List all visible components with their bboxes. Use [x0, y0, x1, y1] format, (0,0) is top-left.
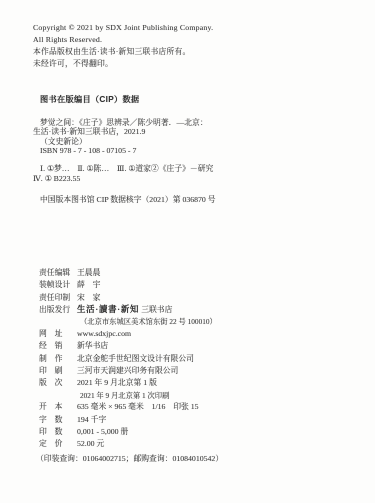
colophon-row-printer: 印 刷 三河市天润建兴印务有限公司	[39, 365, 375, 377]
cip-data-block: 图书在版编目（CIP）数据 梦觉之间：《庄子》思辨录／陈少明著．—北京： 生活·…	[33, 95, 375, 205]
colophon-row-format: 开 本 635 毫米 × 965 毫米 1/16 印张 15	[39, 401, 375, 413]
row-label: 装帧设计	[39, 279, 77, 291]
row-label: 责任编辑	[39, 267, 77, 279]
cip-series-line: （文史新论）	[40, 137, 375, 147]
no-reprint-line: 未经许可，不得翻印。	[33, 58, 375, 70]
row-value: 194 千字	[77, 414, 375, 426]
cip-publisher-line: 生活·读书·新知三联书店，2021.9	[33, 127, 375, 137]
colophon-row-distributor: 经 销 新华书店	[39, 340, 375, 352]
colophon-block: 责任编辑 王晨晨 装帧设计 薛 宇 责任印制 宋 家 出版发行 生活·讀書·新知…	[36, 267, 375, 466]
row-value: 三河市天润建兴印务有限公司	[77, 365, 375, 377]
row-value: 北京金舵手世纪图文设计有限公司	[77, 353, 375, 365]
colophon-row-word-count: 字 数 194 千字	[39, 414, 375, 426]
copyright-notice: Copyright © 2021 by SDX Joint Publishing…	[33, 0, 375, 70]
cip-record-number-line: 中国版本图书馆 CIP 数据核字（2021）第 036870 号	[40, 195, 375, 205]
inquiry-phone-line: （印装查询：01064002715；邮购查询：01084010542）	[36, 453, 375, 465]
copyright-line-chinese: 本作品版权由生活·读书·新知三联书店所有。	[33, 46, 375, 58]
row-label: 定 价	[39, 438, 77, 450]
cip-isbn-line: ISBN 978 - 7 - 108 - 07105 - 7	[40, 146, 375, 156]
row-value: 宋 家	[77, 292, 375, 304]
edition-line-2: 2021 年 9 月北京第 1 次印刷	[80, 390, 375, 401]
colophon-row-production: 制 作 北京金舵手世纪图文设计有限公司	[39, 353, 375, 365]
row-value: 0,001 - 5,000 册	[77, 426, 375, 438]
row-label: 印 数	[39, 426, 77, 438]
colophon-row-design: 装帧设计 薛 宇	[39, 279, 375, 291]
row-label: 制 作	[39, 353, 77, 365]
colophon-row-print-supervisor: 责任印制 宋 家	[39, 292, 375, 304]
colophon-row-price: 定 价 52.00 元	[39, 438, 375, 450]
colophon-row-editor: 责任编辑 王晨晨	[39, 267, 375, 279]
row-value: 薛 宇	[77, 279, 375, 291]
cip-header: 图书在版编目（CIP）数据	[40, 95, 375, 105]
sdx-brand-logotype: 生活·讀書·新知	[77, 305, 139, 314]
row-label: 网 址	[39, 328, 77, 340]
rights-reserved-line: All Rights Reserved.	[33, 34, 375, 46]
copyright-line-english: Copyright © 2021 by SDX Joint Publishing…	[33, 22, 375, 34]
colophon-row-print-run: 印 数 0,001 - 5,000 册	[39, 426, 375, 438]
row-label: 责任印制	[39, 292, 77, 304]
colophon-row-publisher: 出版发行 生活·讀書·新知 三联书店	[39, 304, 375, 316]
publisher-address: （北京市东城区美术馆东街 22 号 100010）	[80, 316, 375, 327]
website-url: www.sdxjpc.com	[77, 328, 375, 340]
cip-classification-line-1: Ⅰ. ①梦… Ⅱ. ①陈… Ⅲ. ①道家②《庄子》－研究	[40, 164, 375, 174]
publisher-name: 三联书店	[141, 305, 172, 314]
row-value: 王晨晨	[77, 267, 375, 279]
row-label: 开 本	[39, 401, 77, 413]
cip-classification-line-2: Ⅳ. ① B223.55	[33, 174, 375, 184]
cip-title-line: 梦觉之间：《庄子》思辨录／陈少明著．—北京：	[40, 118, 375, 128]
row-label: 出版发行	[39, 304, 77, 316]
row-value: 635 毫米 × 965 毫米 1/16 印张 15	[77, 401, 375, 413]
row-label: 印 刷	[39, 365, 77, 377]
row-label: 版 次	[39, 377, 77, 389]
row-label: 字 数	[39, 414, 77, 426]
colophon-row-website: 网 址 www.sdxjpc.com	[39, 328, 375, 340]
book-colophon-page: Copyright © 2021 by SDX Joint Publishing…	[0, 0, 375, 503]
row-value: 生活·讀書·新知 三联书店	[77, 304, 375, 316]
row-label: 经 销	[39, 340, 77, 352]
row-value: 新华书店	[77, 340, 375, 352]
edition-line-1: 2021 年 9 月北京第 1 版	[77, 377, 375, 389]
row-value: 52.00 元	[77, 438, 375, 450]
colophon-row-edition: 版 次 2021 年 9 月北京第 1 版	[39, 377, 375, 389]
